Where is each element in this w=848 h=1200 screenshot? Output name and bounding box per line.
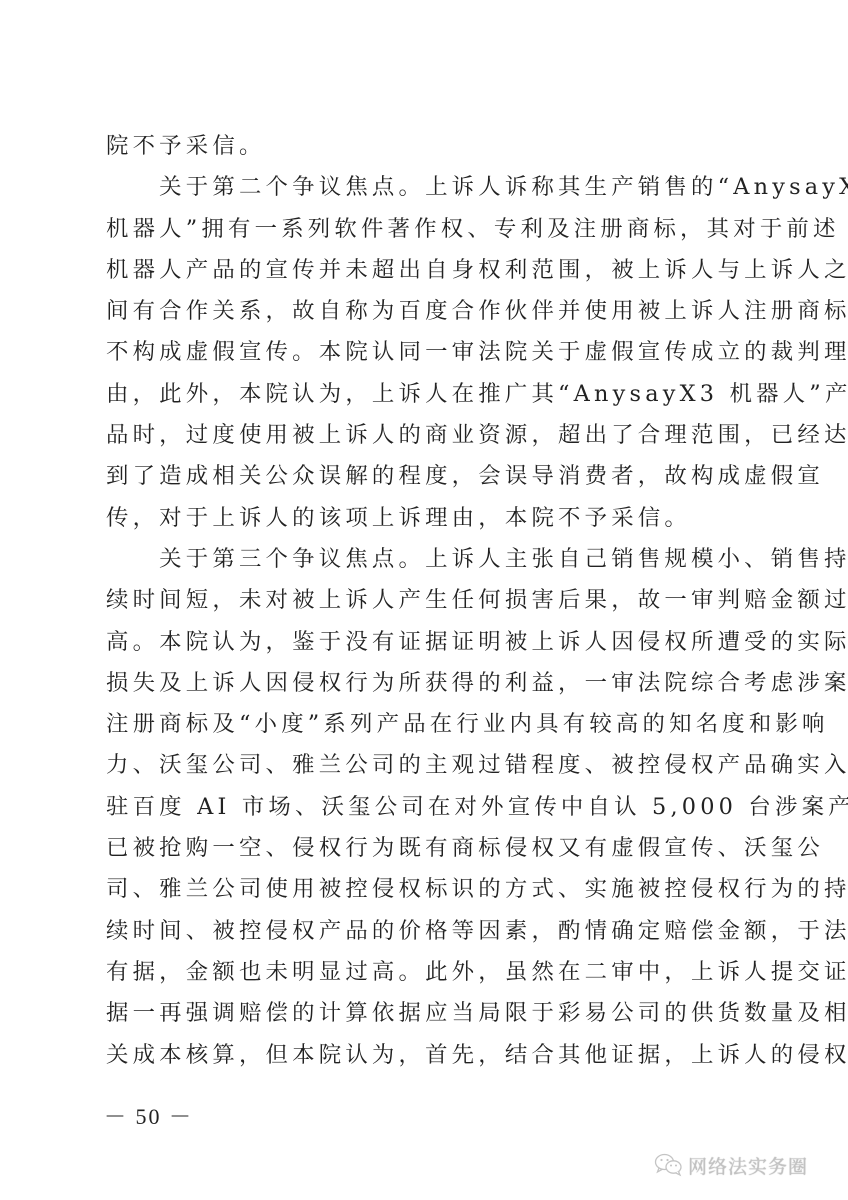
text-line: 传，对于上诉人的该项上诉理由，本院不予采信。	[106, 498, 748, 539]
page-number: － 50 －	[104, 1100, 193, 1131]
text-line: 不构成虚假宣传。本院认同一审法院关于虚假宣传成立的裁判理	[106, 332, 748, 373]
text-line: 关于第二个争议焦点。上诉人诉称其生产销售的“AnysayX3	[106, 167, 748, 208]
text-line: 机器人产品的宣传并未超出自身权利范围，被上诉人与上诉人之	[106, 250, 748, 291]
text-line: 关于第三个争议焦点。上诉人主张自己销售规模小、销售持	[106, 539, 748, 580]
text-line: 间有合作关系，故自称为百度合作伙伴并使用被上诉人注册商标	[106, 291, 748, 332]
text-line: 据一再强调赔偿的计算依据应当局限于彩易公司的供货数量及相	[106, 993, 748, 1034]
watermark-label: 网络法实务圈	[688, 1152, 808, 1179]
judgment-body-text: 院不予采信。 关于第二个争议焦点。上诉人诉称其生产销售的“AnysayX3机器人…	[106, 126, 748, 1076]
text-line: 注册商标及“小度”系列产品在行业内具有较高的知名度和影响	[106, 704, 748, 745]
text-line: 驻百度 AI 市场、沃玺公司在对外宣传中自认 5,000 台涉案产品	[106, 787, 748, 828]
text-line: 损失及上诉人因侵权行为所获得的利益，一审法院综合考虑涉案	[106, 663, 748, 704]
text-line: 由，此外，本院认为，上诉人在推广其“AnysayX3 机器人”产	[106, 374, 748, 415]
text-line: 院不予采信。	[106, 126, 748, 167]
text-line: 到了造成相关公众误解的程度，会误导消费者，故构成虚假宣	[106, 456, 748, 497]
text-line: 有据，金额也未明显过高。此外，虽然在二审中，上诉人提交证	[106, 952, 748, 993]
text-line: 机器人”拥有一系列软件著作权、专利及注册商标，其对于前述	[106, 209, 748, 250]
text-line: 关成本核算，但本院认为，首先，结合其他证据，上诉人的侵权	[106, 1035, 748, 1076]
text-line: 续时间短，未对被上诉人产生任何损害后果，故一审判赔金额过	[106, 580, 748, 621]
document-page: 院不予采信。 关于第二个争议焦点。上诉人诉称其生产销售的“AnysayX3机器人…	[0, 0, 848, 1200]
wechat-icon	[654, 1153, 684, 1177]
text-line: 高。本院认为，鉴于没有证据证明被上诉人因侵权所遭受的实际	[106, 622, 748, 663]
text-line: 品时，过度使用被上诉人的商业资源，超出了合理范围，已经达	[106, 415, 748, 456]
text-line: 续时间、被控侵权产品的价格等因素，酌情确定赔偿金额，于法	[106, 911, 748, 952]
wechat-watermark: 网络法实务圈	[654, 1150, 808, 1180]
text-line: 已被抢购一空、侵权行为既有商标侵权又有虚假宣传、沃玺公	[106, 828, 748, 869]
text-line: 力、沃玺公司、雅兰公司的主观过错程度、被控侵权产品确实入	[106, 745, 748, 786]
text-line: 司、雅兰公司使用被控侵权标识的方式、实施被控侵权行为的持	[106, 869, 748, 910]
